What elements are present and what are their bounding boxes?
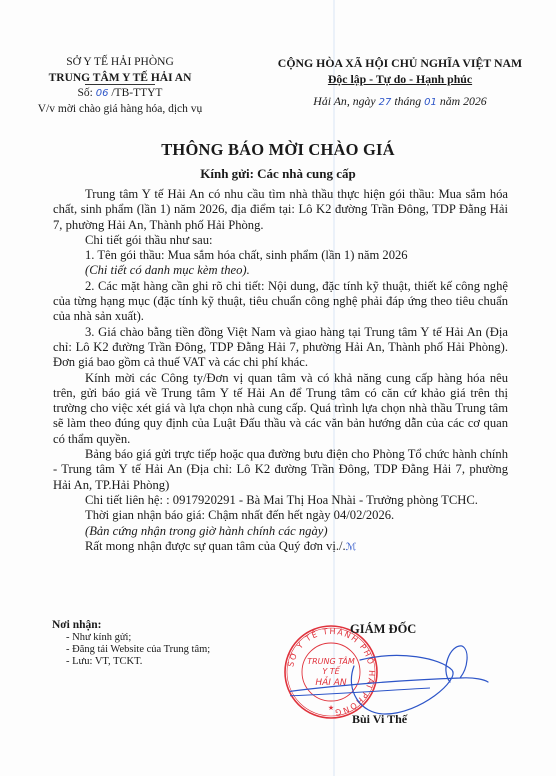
body-paragraph: (Chi tiết có danh mục kèm theo). bbox=[53, 263, 508, 278]
body-paragraph: Thời gian nhận báo giá: Chậm nhất đến hế… bbox=[53, 508, 508, 523]
recipients-block: Nơi nhận: - Như kính gửi; - Đăng tải Web… bbox=[52, 619, 210, 668]
header-right: CỘNG HÒA XÃ HỘI CHỦ NGHĨA VIỆT NAM Độc l… bbox=[250, 55, 550, 111]
nation-name: CỘNG HÒA XÃ HỘI CHỦ NGHĨA VIỆT NAM bbox=[250, 55, 550, 71]
date-month-label: tháng bbox=[394, 94, 421, 108]
body-paragraph: (Bản cứng nhận trong giờ hành chính các … bbox=[53, 524, 508, 539]
body-paragraph: 1. Tên gói thầu: Mua sắm hóa chất, sinh … bbox=[53, 248, 508, 263]
date-day: 27 bbox=[379, 97, 392, 108]
body-paragraph: Kính mời các Công ty/Đơn vị quan tâm và … bbox=[53, 371, 508, 447]
signer-name: Bùi Vi Thế bbox=[352, 712, 407, 727]
greeting: Kính gửi: Các nhà cung cấp bbox=[0, 166, 556, 182]
body-paragraph: 3. Giá chào bằng tiền đồng Việt Nam và g… bbox=[53, 325, 508, 371]
document-body: Trung tâm Y tế Hải An có nhu cầu tìm nhà… bbox=[53, 187, 508, 555]
date-month: 01 bbox=[424, 97, 437, 108]
recipients-heading: Nơi nhận: bbox=[52, 619, 210, 631]
department-name: SỞ Y TẾ HẢI PHÒNG bbox=[30, 55, 210, 71]
body-paragraph: 2. Các mặt hàng cần ghi rõ chi tiết: Nội… bbox=[53, 279, 508, 325]
header-left: SỞ Y TẾ HẢI PHÒNG TRUNG TÂM Y TẾ HẢI AN … bbox=[30, 55, 210, 117]
recipient-item: - Như kính gửi; bbox=[52, 632, 210, 644]
date-year: năm 2026 bbox=[440, 94, 487, 108]
recipient-item: - Lưu: VT, TCKT. bbox=[52, 656, 210, 668]
organization-name: TRUNG TÂM Y TẾ HẢI AN bbox=[30, 71, 210, 87]
document-number: Số: 06 /TB-TTYT bbox=[30, 86, 210, 102]
number-suffix: /TB-TTYT bbox=[111, 87, 162, 99]
document-subject: V/v mời chào giá hàng hóa, dịch vụ bbox=[30, 102, 210, 118]
number-handwritten: 06 bbox=[96, 88, 109, 99]
body-paragraph: Bảng báo giá gửi trực tiếp hoặc qua đườn… bbox=[53, 447, 508, 493]
handwritten-initial: ℳ bbox=[346, 542, 357, 553]
body-paragraph: Rất mong nhận được sự quan tâm của Quý đ… bbox=[53, 539, 508, 555]
document-title: THÔNG BÁO MỜI CHÀO GIÁ bbox=[0, 140, 556, 160]
number-label: Số: bbox=[78, 87, 93, 99]
document-date: Hải An, ngày 27 tháng 01 năm 2026 bbox=[250, 93, 550, 111]
body-paragraph: Chi tiết liên hệ: : 0917920291 - Bà Mai … bbox=[53, 493, 508, 508]
body-paragraph: Chi tiết gói thầu như sau: bbox=[53, 233, 508, 248]
handwritten-signature bbox=[290, 640, 490, 720]
date-prefix: Hải An, ngày bbox=[313, 94, 375, 108]
recipient-item: - Đăng tải Website của Trung tâm; bbox=[52, 644, 210, 656]
national-motto: Độc lập - Tự do - Hạnh phúc bbox=[328, 72, 472, 86]
signer-title: GIÁM ĐỐC bbox=[350, 622, 416, 637]
body-paragraph: Trung tâm Y tế Hải An có nhu cầu tìm nhà… bbox=[53, 187, 508, 233]
organization-name-text: TRUNG TÂM Y TẾ HẢI AN bbox=[49, 72, 192, 84]
